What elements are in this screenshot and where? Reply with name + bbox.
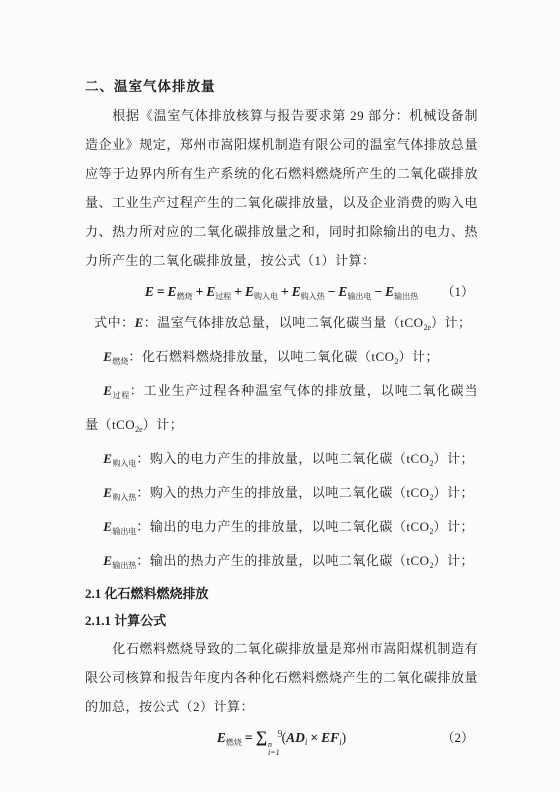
definition-text: ）计； [143, 417, 184, 432]
definition-text: ：购入的电力产生的排放量，以吨二氧化碳（tCO [136, 451, 429, 466]
math-symbol: E [103, 383, 112, 398]
definition-text: ）计； [434, 519, 475, 534]
sigma-limits: ni=1 [268, 741, 280, 757]
paragraph-intro: 根据《温室气体排放核算与报告要求第 29 部分：机械设备制造企业》规定，郑州市嵩… [85, 101, 478, 275]
math-symbol: E [135, 315, 144, 330]
math-symbol: E [103, 519, 112, 534]
math-subscript: 输出热 [394, 292, 418, 301]
equation-number: （1） [441, 275, 474, 308]
paragraph-fossil-fuel: 化石燃料燃烧导致的二氧化碳排放量是郑州市嵩阳煤机制造有限公司核算和报告年度内各种… [85, 634, 478, 721]
document-page: 二、温室气体排放量 根据《温室气体排放核算与报告要求第 29 部分：机械设备制造… [85, 72, 478, 754]
math-subscript: 购入热 [301, 292, 325, 301]
math-subscript: 过程 [215, 292, 231, 301]
definition-lead: 式中： [94, 315, 135, 330]
definition-text: ）计； [431, 315, 472, 330]
math-subscript: 输出热 [112, 561, 136, 570]
definition-text: ）计； [434, 451, 475, 466]
math-symbol: E [145, 284, 154, 299]
page-number: 9 [0, 729, 560, 740]
definition-text: ）计； [434, 553, 475, 568]
definition-item: E购入热：购入的热力产生的排放量，以吨二氧化碳（tCO2）计； [85, 478, 478, 512]
section-heading: 二、温室气体排放量 [85, 72, 478, 101]
math-symbol: E [103, 451, 112, 466]
symbol-definitions: 式中：E：温室气体排放总量，以吨二氧化碳当量（tCO2e）计； E燃烧：化石燃料… [85, 308, 478, 580]
definition-text: ：化石燃料燃烧排放量，以吨二氧化碳（tCO [128, 349, 394, 364]
math-operator: + [193, 284, 207, 299]
co2-subscript: 2e [135, 425, 143, 434]
math-subscript: 购入热 [112, 493, 136, 502]
math-symbol: E [168, 284, 177, 299]
math-operator: − [371, 284, 385, 299]
math-subscript: 购入电 [254, 292, 278, 301]
math-operator: − [325, 284, 339, 299]
definition-item: E购入电：购入的电力产生的排放量，以吨二氧化碳（tCO2）计； [85, 444, 478, 478]
math-subscript: 购入电 [112, 459, 136, 468]
definition-item: E输出电：输出的电力产生的排放量，以吨二氧化碳（tCO2）计； [85, 512, 478, 546]
math-symbol: E [103, 553, 112, 568]
math-symbol: E [103, 485, 112, 500]
definition-item: 式中：E：温室气体排放总量，以吨二氧化碳当量（tCO2e）计； [85, 308, 478, 342]
math-operator: = [154, 284, 168, 299]
definition-item: E燃烧：化石燃料燃烧排放量，以吨二氧化碳（tCO2）计； [85, 342, 478, 376]
math-subscript: 过程 [112, 391, 129, 400]
math-subscript: 输出电 [347, 292, 371, 301]
math-operator: + [278, 284, 292, 299]
definition-item: E输出热：输出的热力产生的排放量，以吨二氧化碳（tCO2）计； [85, 546, 478, 580]
sigma-lower-limit: i=1 [268, 749, 280, 757]
definition-text: ：购入的热力产生的排放量，以吨二氧化碳（tCO [136, 485, 429, 500]
math-symbol: E [206, 284, 215, 299]
equation-1: E=E燃烧+E过程+E购入电+E购入热−E输出电−E输出热 （1） [85, 275, 478, 308]
subsection-heading-2-1: 2.1 化石燃料燃烧排放 [85, 580, 478, 607]
definition-text: ）计； [434, 485, 475, 500]
math-symbol: E [385, 284, 394, 299]
math-subscript: 燃烧 [112, 357, 128, 366]
math-subscript: 燃烧 [177, 292, 193, 301]
definition-text: ）计； [399, 349, 440, 364]
math-symbol: E [103, 349, 112, 364]
equation-1-body: E=E燃烧+E过程+E购入电+E购入热−E输出电−E输出热 [145, 284, 418, 299]
co2-subscript: 2e [423, 323, 431, 332]
definition-text: ：输出的电力产生的排放量，以吨二氧化碳（tCO [136, 519, 429, 534]
math-symbol: E [292, 284, 301, 299]
definition-text: ：输出的热力产生的排放量，以吨二氧化碳（tCO [136, 553, 429, 568]
definition-text: ：温室气体排放总量，以吨二氧化碳当量（tCO [144, 315, 424, 330]
subsection-heading-2-1-1: 2.1.1 计算公式 [85, 607, 478, 634]
math-operator: + [231, 284, 245, 299]
math-subscript: 输出电 [112, 527, 136, 536]
definition-item: E过程：工业生产过程各种温室气体的排放量，以吨二氧化碳当量（tCO2e）计； [85, 376, 478, 444]
math-symbol: E [245, 284, 254, 299]
